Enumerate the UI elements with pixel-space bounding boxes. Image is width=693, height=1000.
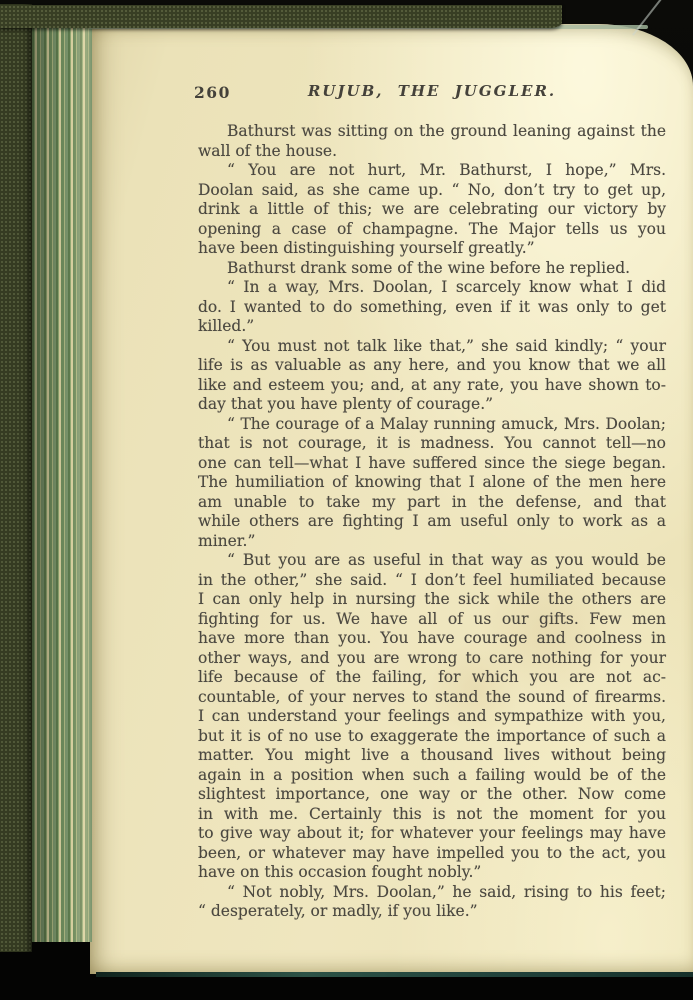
text-line: wall of the house. (198, 142, 666, 162)
text-line: in the other,” she said. “ I don’t feel … (198, 571, 666, 591)
text-line: countable, of your nerves to stand the s… (198, 688, 666, 708)
text-line: Doolan said, as she came up. “ No, don’t… (198, 181, 666, 201)
text-line: matter. You might live a thousand lives … (198, 746, 666, 766)
page-bottom-edge (96, 972, 693, 977)
book-cover-top-edge (0, 5, 562, 28)
text-line: do. I wanted to do something, even if it… (198, 298, 666, 318)
text-line: drink a little of this; we are celebrati… (198, 200, 666, 220)
text-line: “ But you are as useful in that way as y… (198, 551, 666, 571)
text-line: “ You are not hurt, Mr. Bathurst, I hope… (198, 161, 666, 181)
text-line: killed.” (198, 317, 666, 337)
text-line: like and esteem you; and, at any rate, y… (198, 376, 666, 396)
text-line: while others are fighting I am useful on… (198, 512, 666, 532)
text-line: am unable to take my part in the defense… (198, 493, 666, 513)
text-line: slightest importance, one way or the oth… (198, 785, 666, 805)
text-line: in with me. Certainly this is not the mo… (198, 805, 666, 825)
text-line: life because of the failing, for which y… (198, 668, 666, 688)
text-line: to give way about it; for whatever your … (198, 824, 666, 844)
text-line: other ways, and you are wrong to care no… (198, 649, 666, 669)
text-line: Bathurst was sitting on the ground leani… (198, 122, 666, 142)
text-line: have on this occasion fought nobly.” (198, 863, 666, 883)
text-line: “ Not nobly, Mrs. Doolan,” he said, risi… (198, 883, 666, 903)
scratch-mark (632, 0, 662, 36)
book-cover-spine (0, 4, 32, 952)
text-line: “ desperately, or madly, if you like.” (198, 902, 666, 922)
text-line: fighting for us. We have all of us our g… (198, 610, 666, 630)
paragraph: “ Not nobly, Mrs. Doolan,” he said, risi… (198, 883, 666, 922)
text-line: I can understand your feelings and sympa… (198, 707, 666, 727)
page-body: Bathurst was sitting on the ground leani… (198, 122, 666, 922)
paragraph: “ In a way, Mrs. Doolan, I scarcely know… (198, 278, 666, 337)
text-line: day that you have plenty of courage.” (198, 395, 666, 415)
text-line: miner.” (198, 532, 666, 552)
text-line: “ You must not talk like that,” she said… (198, 337, 666, 357)
text-line: have been distinguishing yourself greatl… (198, 239, 666, 259)
scanned-book-photo: 260 RUJUB, THE JUGGLER. Bathurst was sit… (0, 0, 693, 1000)
text-line: again in a position when such a failing … (198, 766, 666, 786)
paragraph: “ The courage of a Malay running amuck, … (198, 415, 666, 552)
text-line: that is not courage, it is madness. You … (198, 434, 666, 454)
paragraph: “ You must not talk like that,” she said… (198, 337, 666, 415)
text-line: opening a case of champagne. The Major t… (198, 220, 666, 240)
running-header: RUJUB, THE JUGGLER. (198, 82, 666, 100)
text-line: Bathurst drank some of the wine before h… (198, 259, 666, 279)
paragraph: Bathurst drank some of the wine before h… (198, 259, 666, 279)
page-header: 260 RUJUB, THE JUGGLER. (198, 82, 666, 104)
paragraph: “ But you are as useful in that way as y… (198, 551, 666, 883)
text-line: life is as valuable as any here, and you… (198, 356, 666, 376)
text-line: “ In a way, Mrs. Doolan, I scarcely know… (198, 278, 666, 298)
text-line: “ The courage of a Malay running amuck, … (198, 415, 666, 435)
text-line: been, or whatever may have impelled you … (198, 844, 666, 864)
text-line: I can only help in nursing the sick whil… (198, 590, 666, 610)
page-number: 260 (194, 83, 231, 102)
text-line: but it is of no use to exaggerate the im… (198, 727, 666, 747)
text-line: one can tell—what I have suffered since … (198, 454, 666, 474)
book-page: 260 RUJUB, THE JUGGLER. Bathurst was sit… (90, 24, 693, 974)
text-line: The humiliation of knowing that I alone … (198, 473, 666, 493)
text-line: have more than you. You have courage and… (198, 629, 666, 649)
paragraph: “ You are not hurt, Mr. Bathurst, I hope… (198, 161, 666, 259)
paragraph: Bathurst was sitting on the ground leani… (198, 122, 666, 161)
